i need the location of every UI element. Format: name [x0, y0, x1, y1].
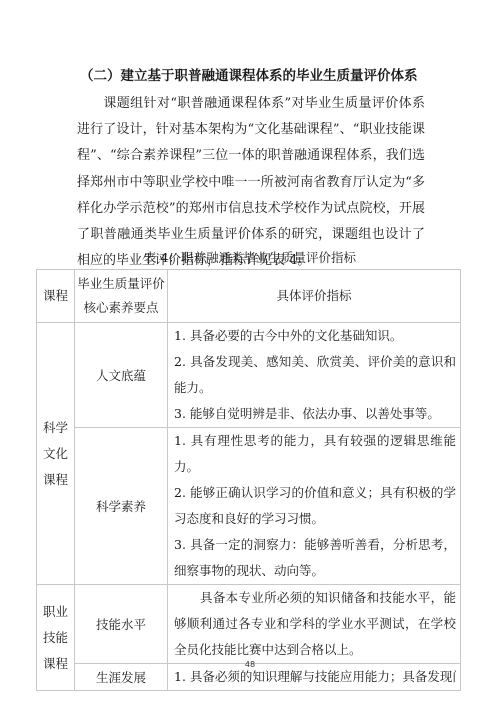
indicator-cell: 具备本专业所必须的知识储备和技能水平，能够顺利通过各专业和学科的学业水平测试，在… — [168, 585, 461, 664]
course-cell-science-culture: 科学 文化 课程 — [37, 323, 75, 585]
table-row: 科学素养 1. 具有理性思考的能力，具有较强的逻辑思维能力。 2. 能够正确认识… — [37, 428, 461, 585]
table-row: 职业 技能 课程 技能水平 具备本专业所必须的知识储备和技能水平，能够顺利通过各… — [37, 585, 461, 664]
header-course: 课程 — [37, 270, 75, 323]
evaluation-table: 课程 毕业生质量评价 核心素养要点 具体评价指标 科学 文化 课程 人文底蕴 1… — [36, 269, 461, 691]
indicator-item: 2. 具备发现美、感知美、欣赏美、评价美的意识和能力。 — [174, 349, 456, 401]
core-cell: 人文底蕴 — [75, 323, 168, 428]
header-indicators: 具体评价指标 — [168, 270, 461, 323]
page-number: 48 — [0, 660, 500, 669]
core-cell: 技能水平 — [75, 585, 168, 664]
table-caption: 表 4：职普融通类毕业生质量评价指标 — [0, 248, 500, 266]
body-paragraph: 课题组针对“职普融通课程体系”对毕业生质量评价体系进行了设计，针对基本架构为“文… — [77, 91, 425, 274]
indicator-item: 2. 能够正确认识学习的价值和意义；具有积极的学习态度和良好的学习习惯。 — [174, 480, 456, 532]
course-cell-vocational-skills: 职业 技能 课程 — [37, 585, 75, 691]
header-core-literacy: 毕业生质量评价 核心素养要点 — [75, 270, 168, 323]
indicator-item: 3. 能够自觉明辨是非、依法办事、以善处事等。 — [174, 401, 456, 427]
course-line: 科学 — [37, 415, 74, 441]
indicator-item: 1. 具备必要的古今中外的文化基础知识。 — [174, 323, 456, 349]
paragraph-text: 课题组针对“职普融通课程体系”对毕业生质量评价体系进行了设计，针对基本架构为“文… — [77, 96, 425, 268]
header-core-line2: 核心素养要点 — [75, 296, 167, 320]
table-row: 科学 文化 课程 人文底蕴 1. 具备必要的古今中外的文化基础知识。 2. 具备… — [37, 323, 461, 428]
course-line: 技能 — [37, 625, 74, 651]
core-cell: 科学素养 — [75, 428, 168, 585]
header-core-line1: 毕业生质量评价 — [75, 272, 167, 296]
indicator-item: 具备本专业所必须的知识储备和技能水平，能够顺利通过各专业和学科的学业水平测试，在… — [174, 585, 456, 663]
indicator-cell: 1. 具备必要的古今中外的文化基础知识。 2. 具备发现美、感知美、欣赏美、评价… — [168, 323, 461, 428]
section-heading: （二）建立基于职普融通课程体系的毕业生质量评价体系 — [80, 64, 418, 84]
table-header-row: 课程 毕业生质量评价 核心素养要点 具体评价指标 — [37, 270, 461, 323]
course-line: 文化 — [37, 441, 74, 467]
course-line: 课程 — [37, 467, 74, 493]
course-line: 职业 — [37, 599, 74, 625]
indicator-item: 3. 具备一定的洞察力：能够善听善看，分析思考，细察事物的现状、动向等。 — [174, 532, 456, 584]
indicator-item: 1. 具有理性思考的能力，具有较强的逻辑思维能力。 — [174, 428, 456, 480]
indicator-cell: 1. 具有理性思考的能力，具有较强的逻辑思维能力。 2. 能够正确认识学习的价值… — [168, 428, 461, 585]
